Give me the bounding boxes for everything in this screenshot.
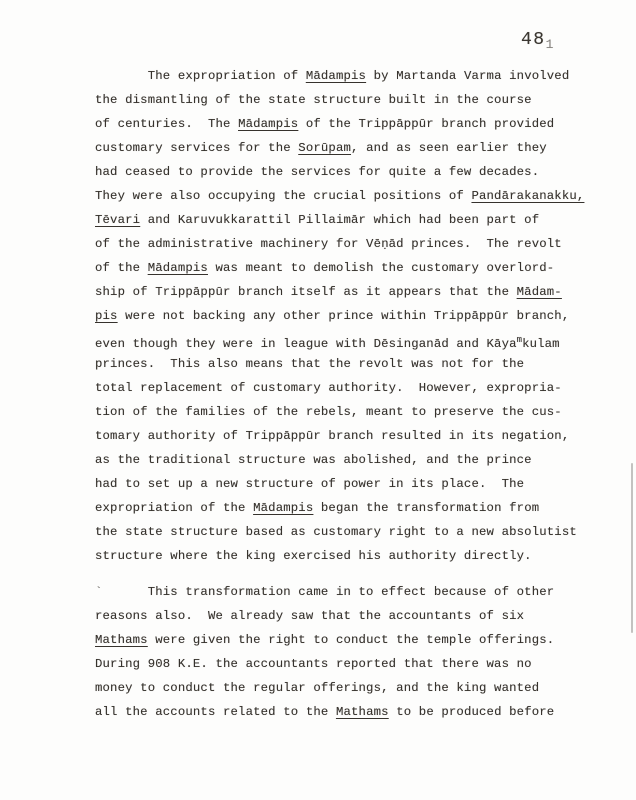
text-line: structure where the king exercised his a… <box>95 544 584 568</box>
paragraph: The expropriation of Mādampis by Martand… <box>95 64 584 568</box>
text-line: even though they were in league with Dēs… <box>95 328 584 352</box>
text-segment: by Martanda Varma involved <box>366 69 569 83</box>
text-line: the state structure based as customary r… <box>95 520 584 544</box>
text-line: ` This transformation came in to effect … <box>95 580 584 604</box>
text-line: tion of the families of the rebels, mean… <box>95 400 584 424</box>
text-line: the dismantling of the state structure b… <box>95 88 584 112</box>
text-segment: kulam <box>522 337 560 351</box>
text-segment: of the <box>95 261 148 275</box>
text-segment: the state structure based as customary r… <box>95 525 577 539</box>
page-number: 481 <box>521 30 553 50</box>
text-segment: During 908 K.E. the accountants reported… <box>95 657 532 671</box>
scan-edge-artifact <box>631 463 633 633</box>
page-number-main: 48 <box>521 30 546 50</box>
text-segment: all the accounts related to the <box>95 705 336 719</box>
text-line: money to conduct the regular offerings, … <box>95 676 584 700</box>
document-body: The expropriation of Mādampis by Martand… <box>95 64 584 724</box>
text-segment: as the traditional structure was abolish… <box>95 453 532 467</box>
text-line: They were also occupying the crucial pos… <box>95 184 584 208</box>
text-segment: of centuries. The <box>95 117 238 131</box>
underlined-term: Mādam- <box>517 285 562 299</box>
text-line: ship of Trippāppūr branch itself as it a… <box>95 280 584 304</box>
text-segment: of the Trippāppūr branch provided <box>298 117 554 131</box>
text-line: had to set up a new structure of power i… <box>95 472 584 496</box>
text-segment: ship of Trippāppūr branch itself as it a… <box>95 285 517 299</box>
text-line: total replacement of customary authority… <box>95 376 584 400</box>
underlined-term: Mādampis <box>306 69 366 83</box>
text-segment: tomary authority of Trippāppūr branch re… <box>95 429 569 443</box>
text-line: customary services for the Sorūpam, and … <box>95 136 584 160</box>
underlined-term: Mādampis <box>148 261 208 275</box>
text-segment: had to set up a new structure of power i… <box>95 477 524 491</box>
text-line: of the administrative machinery for Vēṇā… <box>95 232 584 256</box>
text-segment: This transformation came in to effect be… <box>103 585 555 599</box>
text-segment: expropriation of the <box>95 501 253 515</box>
text-segment: was meant to demolish the customary over… <box>208 261 554 275</box>
text-line: pis were not backing any other prince wi… <box>95 304 584 328</box>
text-segment: They were also occupying the crucial pos… <box>95 189 471 203</box>
scanned-document-page: 481 The expropriation of Mādampis by Mar… <box>0 0 636 800</box>
underlined-term: pis <box>95 309 118 323</box>
text-segment: and Karuvukkarattil Pillaimār which had … <box>140 213 539 227</box>
text-segment: reasons also. We already saw that the ac… <box>95 609 524 623</box>
underlined-term: Mathams <box>336 705 389 719</box>
underlined-term: Tēvari <box>95 213 140 227</box>
page-number-offset-digit: 1 <box>546 37 554 52</box>
underlined-term: Mathams <box>95 633 148 647</box>
underlined-term: Mādampis <box>238 117 298 131</box>
underlined-term: Pandārakanakku, <box>471 189 584 203</box>
text-line: of the Mādampis was meant to demolish th… <box>95 256 584 280</box>
text-segment: even though they were in league with Dēs… <box>95 337 517 351</box>
text-segment: were given the right to conduct the temp… <box>148 633 555 647</box>
text-segment: began the transformation from <box>313 501 539 515</box>
text-line: Mathams were given the right to conduct … <box>95 628 584 652</box>
text-line: all the accounts related to the Mathams … <box>95 700 584 724</box>
text-line: During 908 K.E. the accountants reported… <box>95 652 584 676</box>
text-line: expropriation of the Mādampis began the … <box>95 496 584 520</box>
text-segment: to be produced before <box>389 705 555 719</box>
underlined-term: Mādampis <box>253 501 313 515</box>
text-segment: total replacement of customary authority… <box>95 381 562 395</box>
text-line: as the traditional structure was abolish… <box>95 448 584 472</box>
text-segment: had ceased to provide the services for q… <box>95 165 539 179</box>
text-line: had ceased to provide the services for q… <box>95 160 584 184</box>
text-line: tomary authority of Trippāppūr branch re… <box>95 424 584 448</box>
text-segment: of the administrative machinery for Vēṇā… <box>95 237 562 251</box>
text-line: of centuries. The Mādampis of the Trippā… <box>95 112 584 136</box>
text-line: Tēvari and Karuvukkarattil Pillaimār whi… <box>95 208 584 232</box>
text-segment: tion of the families of the rebels, mean… <box>95 405 562 419</box>
text-segment: The expropriation of <box>95 69 306 83</box>
text-segment: were not backing any other prince within… <box>118 309 570 323</box>
text-segment: princes. This also means that the revolt… <box>95 357 524 371</box>
text-segment: the dismantling of the state structure b… <box>95 93 532 107</box>
underlined-term: Sorūpam <box>298 141 351 155</box>
text-segment: money to conduct the regular offerings, … <box>95 681 539 695</box>
text-segment: customary services for the <box>95 141 298 155</box>
text-line: princes. This also means that the revolt… <box>95 352 584 376</box>
text-line: reasons also. We already saw that the ac… <box>95 604 584 628</box>
stray-mark: ` <box>95 585 103 599</box>
text-segment: , and as seen earlier they <box>351 141 547 155</box>
text-line: The expropriation of Mādampis by Martand… <box>95 64 584 88</box>
paragraph: ` This transformation came in to effect … <box>95 580 584 724</box>
text-segment: structure where the king exercised his a… <box>95 549 532 563</box>
